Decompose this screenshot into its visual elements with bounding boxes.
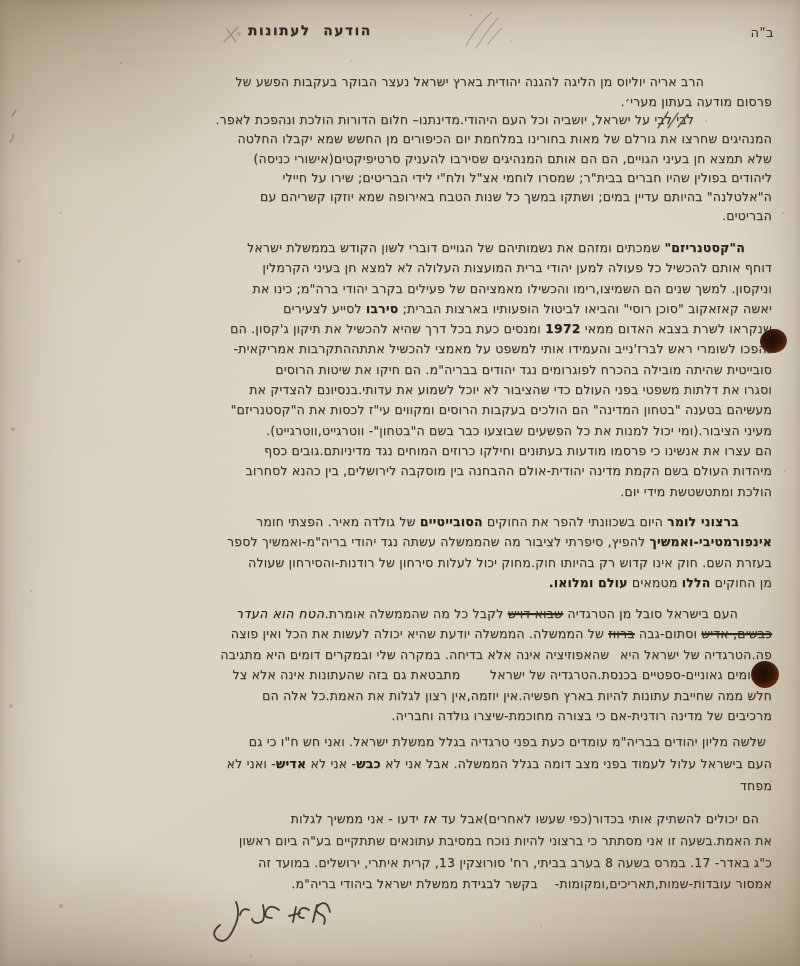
burn-hole-bottom	[751, 661, 779, 688]
emphasized-text: סירבו	[366, 301, 399, 316]
text-line: שלשה מליון יהודים בבריה"מ עומדים כעת בפנ…	[30, 731, 772, 753]
text-line: בעזרת השם. חוק אינו קדוש רק בהיותו חוק.מ…	[30, 553, 772, 573]
text-line: יאשה קאזאקוב "סוכן רוסי" והביאו לביטול ה…	[30, 299, 772, 319]
emphasized-text: הסובייטיים	[420, 514, 483, 529]
text-line: דוחף אותם להכשיל כל פעולה למען יהודי ברי…	[30, 258, 772, 278]
text-line: פרסום מודעה בעתון מערי׳.	[30, 92, 772, 112]
text-line: המנהיגים שחרצו את גורלם של מאות בחורינו …	[30, 129, 772, 148]
text-line: שנקראו לשרת בצבא האדום ממאי 1972 ומנסים …	[30, 319, 772, 339]
text-line: ברצוני לומר היום בשכוונתי להפר את החוקים…	[30, 512, 772, 532]
text-line: בנאומים גאוניים-ספטיים בכנסת.הטרגדיה של …	[30, 665, 772, 685]
signature: מאיר כהנא	[170, 884, 350, 960]
text-line: מיהדות העולם בשם הקמת מדינה יהודית-אולם …	[30, 461, 772, 481]
text-line: פה.הטרגדיה של ישראל היא שהאפוזיציה אינה …	[30, 645, 772, 665]
emphasized-text: אינפורמטיבי-ואמשיך	[650, 534, 772, 549]
emphasized-text: כבש	[356, 756, 381, 771]
text-line: הולכת ומתטשטשת מידי יום.	[30, 482, 772, 502]
handwritten-text: הטח הוא העדר	[236, 606, 325, 621]
paragraph: לבי לבי על ישראל, יושביה וכל העם היהודי.…	[30, 110, 772, 226]
text-line: סובייטית שהיתה מובילה בהכרח לפוגרומים נג…	[30, 360, 772, 380]
text-line: נהפכו לשומרי ראש לברז'נייב והעמידו אותי …	[30, 339, 772, 359]
text-line: מרכיבים של מדינה רודנית-אם כי בצורה מחוכ…	[30, 706, 772, 726]
emphasized-text: ברצוני לומר	[667, 514, 739, 529]
text-line: וסגרו את דלתות משפטי בפני העולם כדי שהצי…	[30, 380, 772, 400]
text-line: מן החוקים הללו מטמאים עולם ומלואו.	[30, 573, 772, 593]
emphasized-text: אדיש	[276, 756, 306, 771]
paragraph: העם בישראל סובל מן הטרגדיה שבוא דויש לקב…	[30, 604, 772, 726]
text-line: הבריטים.	[30, 206, 772, 225]
paragraph: שלשה מליון יהודים בבריה"מ עומדים כעת בפנ…	[30, 731, 772, 796]
emphasized-text: עולם ומלואו.	[549, 575, 628, 590]
emphasized-text: 1972	[545, 321, 581, 336]
text-line: את האמת.בשעה זו אני מסתתר כי ברצוני להיו…	[30, 830, 772, 852]
document-body: הרב אריה יוליוס מן הליגה להגנה יהודית בא…	[0, 0, 800, 966]
text-line: שלא תמצא חן בעיני הגויים, הם הם אותם המנ…	[30, 149, 772, 168]
struck-text: שבוא דויש	[508, 606, 563, 621]
paragraph: ברצוני לומר היום בשכוונתי להפר את החוקים…	[30, 512, 772, 594]
text-line: כ"ג באדר- 17. במרס בשעה 8 בערב בביתי, רח…	[30, 852, 772, 874]
text-line: הרב אריה יוליוס מן הליגה להגנה יהודית בא…	[30, 72, 772, 92]
struck-text: כבשים, אדיש	[701, 626, 772, 641]
text-line: הם עצרו את אנשינו כי פרסמו מודעות בעתוני…	[30, 441, 772, 461]
text-line: אמסור עובדות-שמות,תאריכים,ומקומות- בקשר …	[30, 873, 772, 895]
text-line: אינפורמטיבי-ואמשיך להפיץ, סיפרתי לציבור …	[30, 532, 772, 552]
signature-scrawl	[170, 884, 350, 960]
text-line: ה"אלטלנה" בהיותם עדיין במים; ושתקו במשך …	[30, 187, 772, 206]
text-line: ה"קסטנריזם" שמכתים ומזהם את נשמותיהם של …	[30, 238, 772, 258]
struck-text: ברווז	[608, 626, 634, 641]
text-line: וניקסון. למשך שנים הם השמיצו,רימו והכשיל…	[30, 279, 772, 299]
emphasized-text: ה"קסטנריזם"	[665, 240, 745, 255]
text-line: העם בישראל סובל מן הטרגדיה שבוא דויש לקב…	[30, 604, 772, 624]
text-line: העם בישראל עלול לעמוד בפני מצב דומה בגלל…	[30, 753, 772, 775]
text-line: לבי לבי על ישראל, יושביה וכל העם היהודי.…	[30, 110, 772, 129]
text-line: מפחד	[30, 775, 772, 797]
paragraph: ה"קסטנריזם" שמכתים ומזהם את נשמותיהם של …	[30, 238, 772, 502]
text-line: ליהודים בפולין שהיו חברים בבית"ר; שמסרו …	[30, 168, 772, 187]
document-page: { "page": { "paper_color": "#d8cfbc", "i…	[0, 0, 800, 966]
emphasized-text: הללו	[682, 575, 711, 590]
text-line: כבשים, אדיש וסתום-גבה ברווז של הממשלה. ה…	[30, 624, 772, 644]
paragraph: הרב אריה יוליוס מן הליגה להגנה יהודית בא…	[30, 72, 772, 112]
text-line: מעיני הציבור.(ומי יכול למנות את כל הפשעי…	[30, 421, 772, 441]
paragraph: הם יכולים להשתיק אותי בכדור(כפי שעשו לאח…	[30, 808, 772, 895]
text-line: הם יכולים להשתיק אותי בכדור(כפי שעשו לאח…	[30, 808, 772, 830]
handwritten-text: אז	[423, 811, 437, 826]
text-line: חלש ממה שחייבת עתונות להיות בארץ חפשיה.א…	[30, 686, 772, 706]
text-line: מעשיהם בטענה "בטחון המדינה" הם הולכים בע…	[30, 400, 772, 420]
